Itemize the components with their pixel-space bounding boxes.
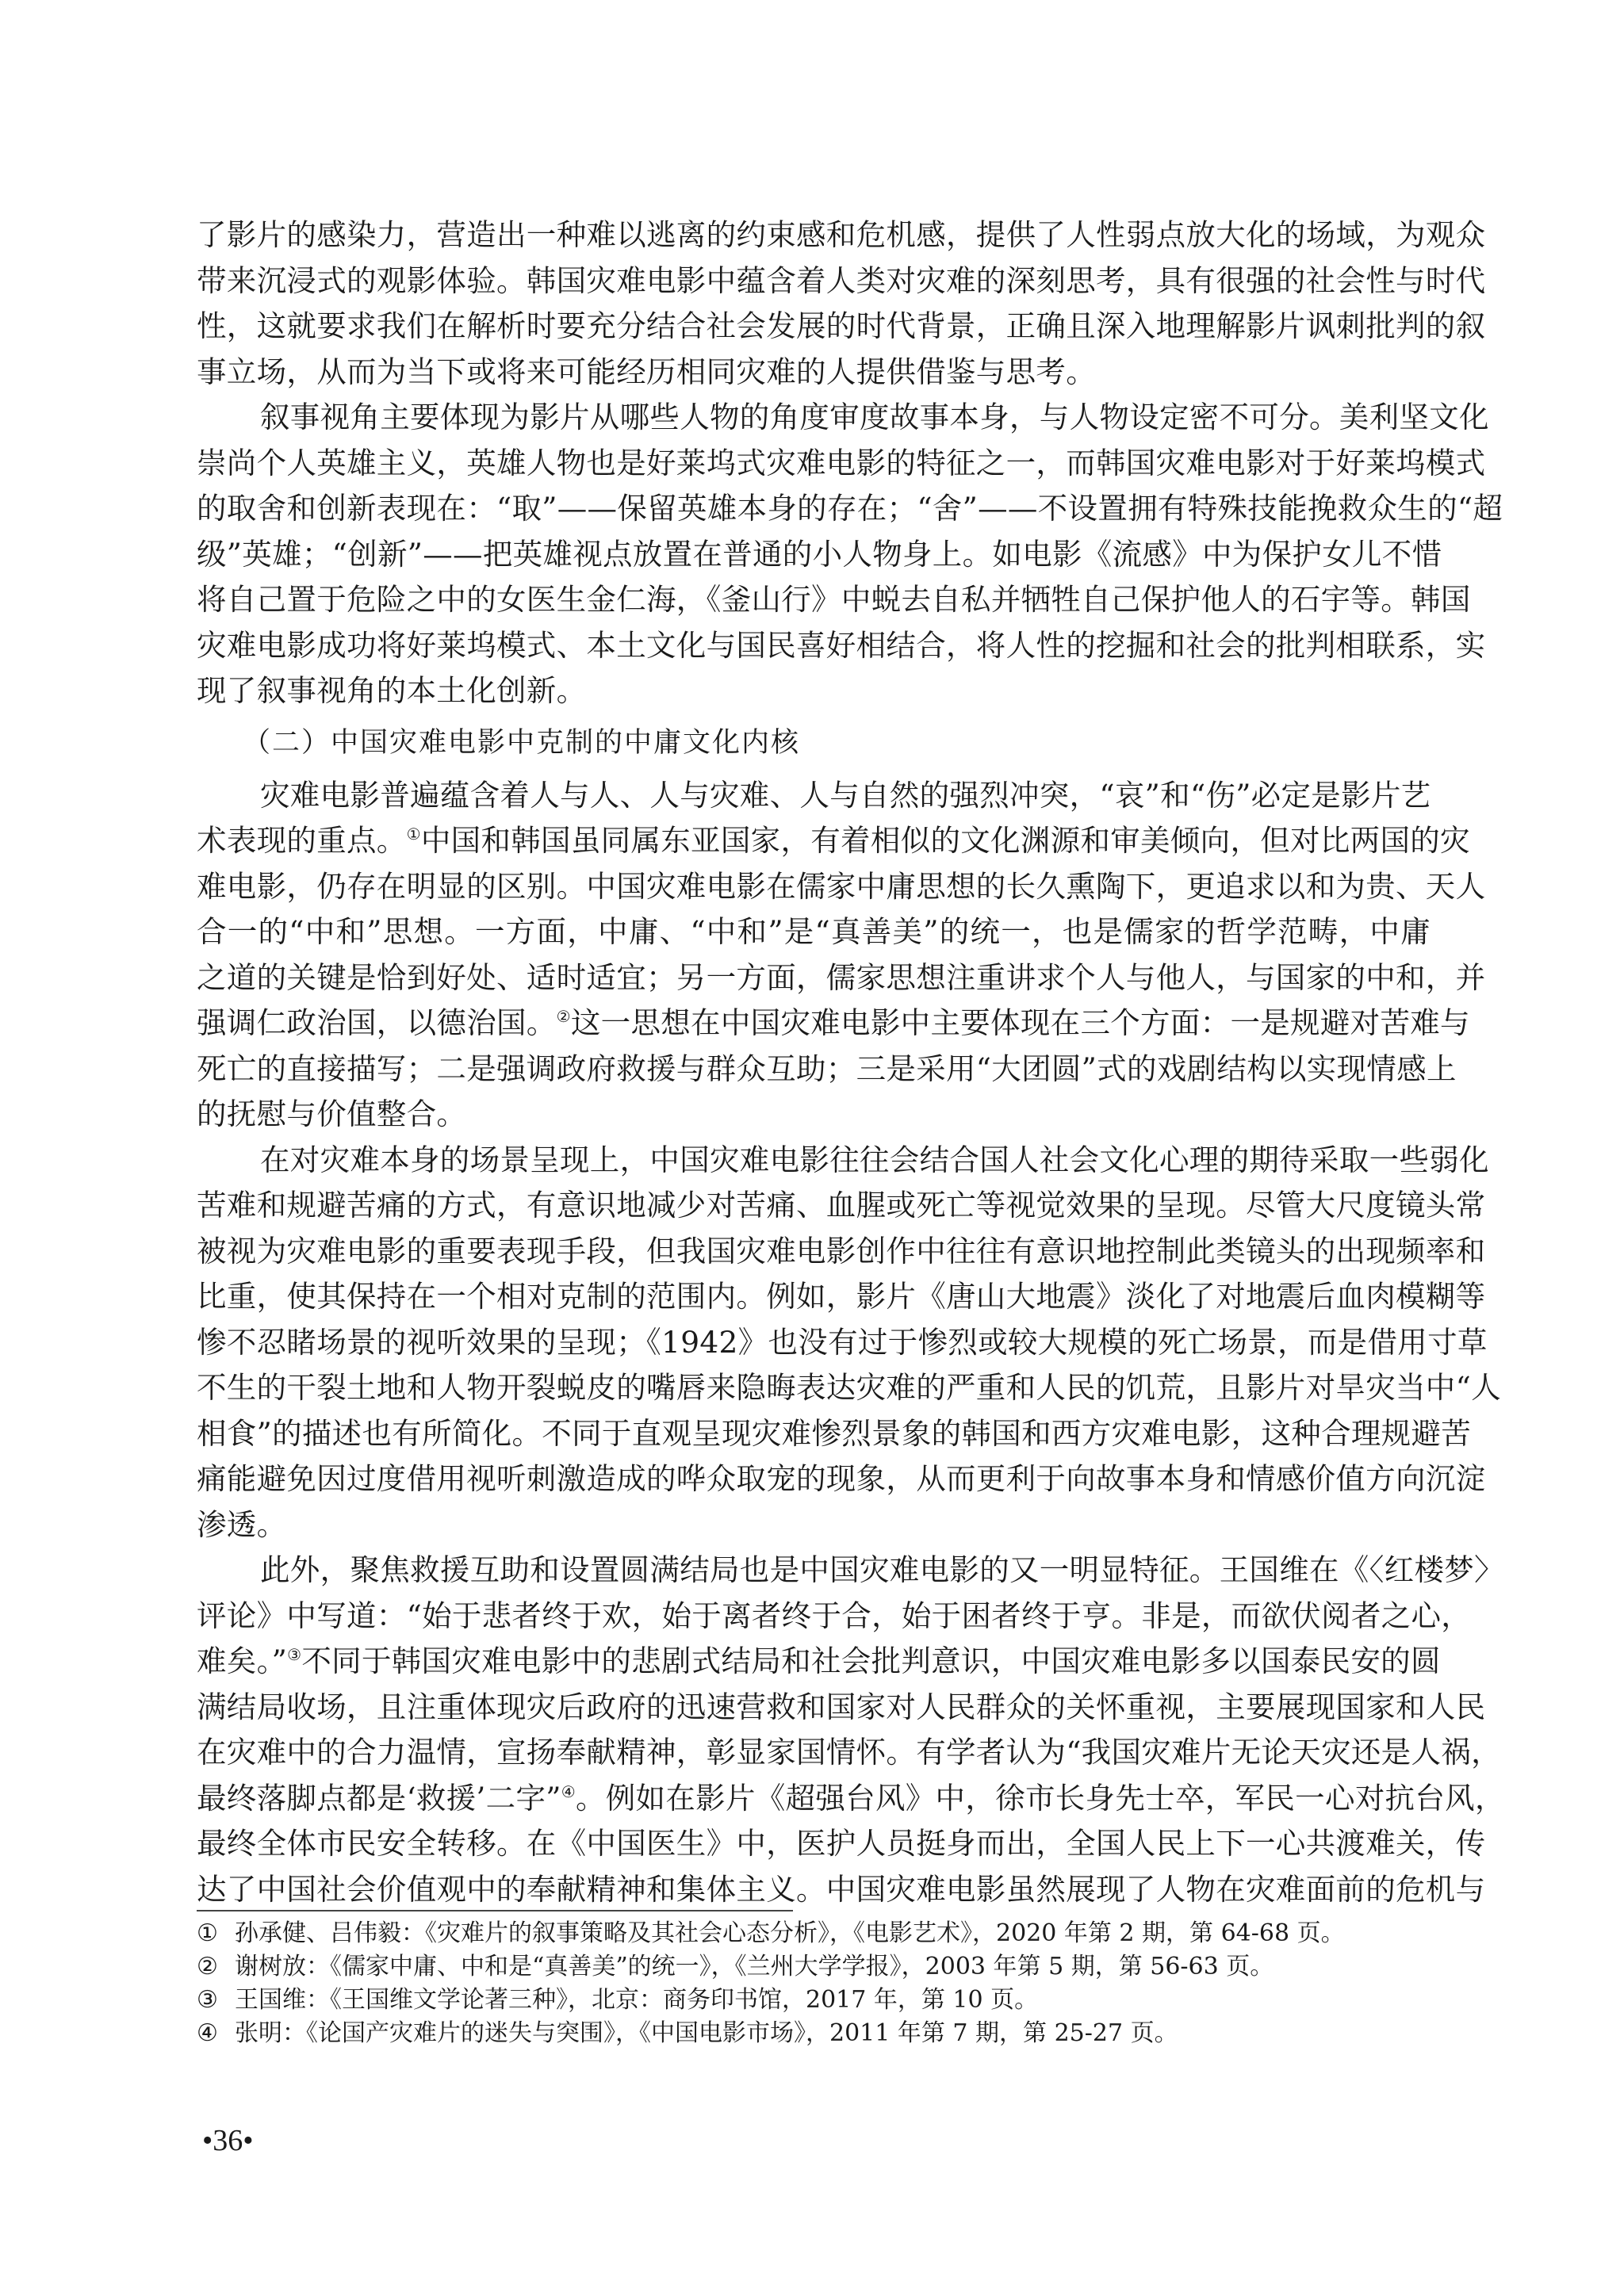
text-line: 强调仁政治国，以德治国。②这一思想在中国灾难电影中主要体现在三个方面：一是规避对… [197,1001,1431,1047]
footnote-text: 张明：《论国产灾难片的迷失与突围》，《中国电影市场》，2011 年第 7 期，第… [235,2017,1178,2050]
text-line: 比重，使其保持在一个相对克制的范围内。例如，影片《唐山大地震》淡化了对地震后血肉… [197,1274,1431,1320]
text-line: 灾难电影普遍蕴含着人与人、人与灾难、人与自然的强烈冲突，“哀”和“伤”必定是影片… [197,773,1431,819]
section-heading: （二）中国灾难电影中克制的中庸文化内核 [197,719,1431,767]
footnote-item: ④ 张明：《论国产灾难片的迷失与突围》，《中国电影市场》，2011 年第 7 期… [197,2017,1434,2050]
body-paragraph: 灾难电影普遍蕴含着人与人、人与灾难、人与自然的强烈冲突，“哀”和“伤”必定是影片… [197,773,1431,1138]
text-line: 现了叙事视角的本土化创新。 [197,668,1431,714]
text-line: 之道的关键是恰到好处、适时适宜；另一方面，儒家思想注重讲求个人与他人，与国家的中… [197,955,1431,1001]
footnote-mark: ② [197,1950,235,1984]
footnote-mark: ④ [197,2017,235,2050]
text-line: 最终落脚点都是‘救援’二字”④。例如在影片《超强台风》中，徐市长身先士卒，军民一… [197,1776,1431,1822]
text-line: 难电影，仍存在明显的区别。中国灾难电影在儒家中庸思想的长久熏陶下，更追求以和为贵… [197,864,1431,910]
text-line: 事立场，从而为当下或将来可能经历相同灾难的人提供借鉴与思考。 [197,350,1431,396]
page-body: 了影片的感染力，营造出一种难以逃离的约束感和危机感，提供了人性弱点放大化的场域，… [197,212,1431,1912]
text-line: 在灾难中的合力温情，宣扬奉献精神，彰显家国情怀。有学者认为“我国灾难片无论天灾还… [197,1730,1431,1776]
footnote-mark: ① [197,1917,235,1950]
text-line: 达了中国社会价值观中的奉献精神和集体主义。中国灾难电影虽然展现了人物在灾难面前的… [197,1867,1431,1913]
text-line: 评论》中写道：“始于悲者终于欢，始于离者终于合，始于困者终于亨。非是，而欲伏阅者… [197,1594,1431,1640]
text-line: 被视为灾难电影的重要表现手段，但我国灾难电影创作中往往有意识地控制此类镜头的出现… [197,1229,1431,1275]
text-line: 死亡的直接描写；二是强调政府救援与群众互助；三是采用“大团圆”式的戏剧结构以实现… [197,1047,1431,1093]
text-line: 此外，聚焦救援互助和设置圆满结局也是中国灾难电影的又一明显特征。王国维在《〈红楼… [197,1548,1431,1594]
page-number: •36• [202,2123,254,2158]
text-line: 在对灾难本身的场景呈现上，中国灾难电影往往会结合国人社会文化心理的期待采取一些弱… [197,1138,1431,1184]
footnote-item: ② 谢树放：《儒家中庸、中和是“真善美”的统一》，《兰州大学学报》，2003 年… [197,1950,1434,1984]
footnote-ref[interactable]: ④ [561,1782,576,1801]
text-line: 痛能避免因过度借用视听刺激造成的哗众取宠的现象，从而更利于向故事本身和情感价值方… [197,1456,1431,1502]
body-paragraph: 在对灾难本身的场景呈现上，中国灾难电影往往会结合国人社会文化心理的期待采取一些弱… [197,1138,1431,1548]
text-line: 苦难和规避苦痛的方式，有意识地减少对苦痛、血腥或死亡等视觉效果的呈现。尽管大尺度… [197,1183,1431,1229]
text-line: 惨不忍睹场景的视听效果的呈现；《1942》也没有过于惨烈或较大规模的死亡场景，而… [197,1320,1431,1366]
footnote-divider [197,1910,793,1911]
text-line: 术表现的重点。①中国和韩国虽同属东亚国家，有着相似的文化渊源和审美倾向，但对比两… [197,818,1431,864]
body-paragraph: 此外，聚焦救援互助和设置圆满结局也是中国灾难电影的又一明显特征。王国维在《〈红楼… [197,1548,1431,1912]
footnote-ref[interactable]: ③ [287,1645,301,1664]
footnote-text: 谢树放：《儒家中庸、中和是“真善美”的统一》，《兰州大学学报》，2003 年第 … [235,1950,1274,1984]
text-line: 级”英雄；“创新”——把英雄视点放置在普通的小人物身上。如电影《流感》中为保护女… [197,532,1431,578]
text-line: 性，这就要求我们在解析时要充分结合社会发展的时代背景，正确且深入地理解影片讽刺批… [197,304,1431,350]
text-line: 相食”的描述也有所简化。不同于直观呈现灾难惨烈景象的韩国和西方灾难电影，这种合理… [197,1411,1431,1457]
footnote-text: 孙承健、吕伟毅：《灾难片的叙事策略及其社会心态分析》，《电影艺术》，2020 年… [235,1917,1345,1950]
text-line: 灾难电影成功将好莱坞模式、本土文化与国民喜好相结合，将人性的挖掘和社会的批判相联… [197,623,1431,669]
footnote-item: ① 孙承健、吕伟毅：《灾难片的叙事策略及其社会心态分析》，《电影艺术》，2020… [197,1917,1434,1950]
body-paragraph: 叙事视角主要体现为影片从哪些人物的角度审度故事本身，与人物设定密不可分。美利坚文… [197,395,1431,714]
footnote-item: ③ 王国维：《王国维文学论著三种》，北京：商务印书馆，2017 年，第 10 页… [197,1984,1434,2017]
text-line: 带来沉浸式的观影体验。韩国灾难电影中蕴含着人类对灾难的深刻思考，具有很强的社会性… [197,258,1431,304]
text-line: 的抚慰与价值整合。 [197,1092,1431,1138]
footnote-text: 王国维：《王国维文学论著三种》，北京：商务印书馆，2017 年，第 10 页。 [235,1984,1038,2017]
body-paragraph: 了影片的感染力，营造出一种难以逃离的约束感和危机感，提供了人性弱点放大化的场域，… [197,212,1431,395]
text-line: 的取舍和创新表现在：“取”——保留英雄本身的存在；“舍”——不设置拥有特殊技能挽… [197,486,1431,532]
footnote-ref[interactable]: ① [407,825,421,844]
footnote-mark: ③ [197,1984,235,2017]
text-line: 最终全体市民安全转移。在《中国医生》中，医护人员挺身而出，全国人民上下一心共渡难… [197,1821,1431,1867]
text-line: 渗透。 [197,1502,1431,1548]
footnotes: ① 孙承健、吕伟毅：《灾难片的叙事策略及其社会心态分析》，《电影艺术》，2020… [197,1917,1434,2050]
text-line: 将自己置于危险之中的女医生金仁海，《釜山行》中蜕去自私并牺牲自己保护他人的石宇等… [197,577,1431,623]
text-line: 叙事视角主要体现为影片从哪些人物的角度审度故事本身，与人物设定密不可分。美利坚文… [197,395,1431,441]
text-line: 合一的“中和”思想。一方面，中庸、“中和”是“真善美”的统一，也是儒家的哲学范畴… [197,909,1431,955]
text-line: 不生的干裂土地和人物开裂蜕皮的嘴唇来隐晦表达灾难的严重和人民的饥荒，且影片对旱灾… [197,1365,1431,1411]
text-line: 满结局收场，且注重体现灾后政府的迅速营救和国家对人民群众的关怀重视，主要展现国家… [197,1685,1431,1731]
text-line: 难矣。”③不同于韩国灾难电影中的悲剧式结局和社会批判意识，中国灾难电影多以国泰民… [197,1639,1431,1685]
text-line: 崇尚个人英雄主义，英雄人物也是好莱坞式灾难电影的特征之一，而韩国灾难电影对于好莱… [197,441,1431,487]
footnote-ref[interactable]: ② [557,1007,571,1026]
text-line: 了影片的感染力，营造出一种难以逃离的约束感和危机感，提供了人性弱点放大化的场域，… [197,212,1431,258]
